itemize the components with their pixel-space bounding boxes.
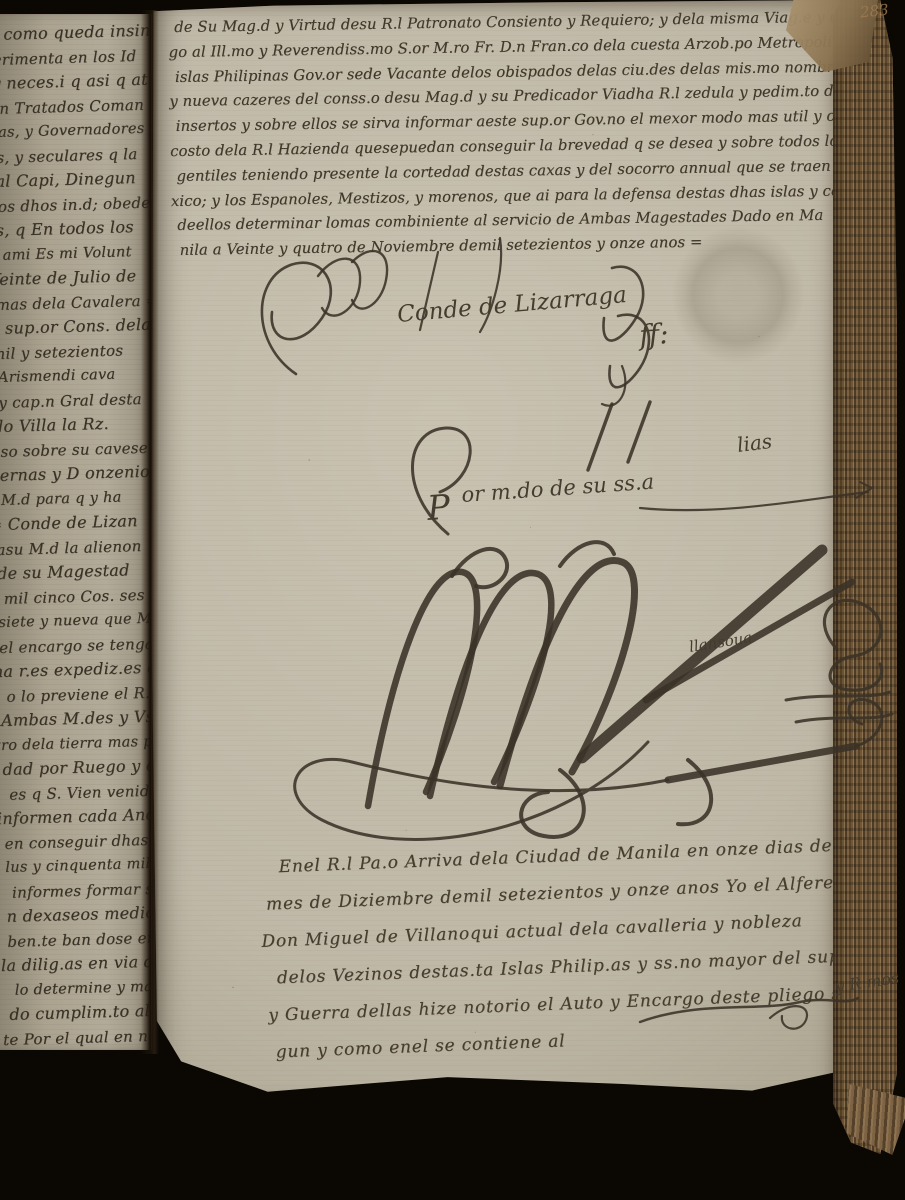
manuscript-photo: u, como queda insinua perimenta en los I… bbox=[0, 0, 905, 1200]
left-page-line: dad por Ruego y encarg bbox=[2, 752, 152, 783]
main-page: de Su Mag.d y Virtud desu R.l Patronato … bbox=[150, 0, 905, 1200]
left-page-line: xal Capi, Dinegun bbox=[0, 164, 152, 195]
left-page-line: na r.es expediz.es enesta bbox=[0, 654, 152, 685]
decree-text-block: de Su Mag.d y Virtud desu R.l Patronato … bbox=[174, 6, 842, 264]
left-page-line: = Conde de Lizan bbox=[0, 507, 152, 538]
page-surface: de Su Mag.d y Virtud desu R.l Patronato … bbox=[150, 0, 842, 1122]
left-page-line: Veinte de Julio de bbox=[0, 262, 152, 293]
left-page-partial: u, como queda insinua perimenta en los I… bbox=[0, 14, 152, 1050]
page-gutter-shadow bbox=[141, 10, 159, 1054]
left-page-line: lus y cinquenta mil para bbox=[5, 850, 152, 881]
left-page-line: lernas y D onzenio bbox=[0, 458, 152, 489]
left-page-line: cias, y Governadores y bbox=[0, 115, 152, 146]
left-page-line: y sup.or Cons. delas ind.s bbox=[0, 311, 152, 342]
left-page-line: n dexaseos medios que bbox=[6, 899, 152, 930]
book-fore-edge bbox=[833, 0, 897, 1154]
left-page-line: Ambas M.des y Vs bbox=[1, 703, 152, 734]
notarial-paragraph: Enel R.l Pa.o Arriva dela Ciudad de Mani… bbox=[258, 828, 852, 1072]
folio-number: 283 bbox=[859, 1, 889, 22]
left-page-line: informen cada Ano por bbox=[0, 801, 152, 832]
left-page-line: do cumplim.to alo dispu.to bbox=[9, 997, 152, 1028]
left-page-line: siete y nueva que M bbox=[0, 605, 152, 636]
left-page-line: de su Magestad bbox=[0, 556, 152, 587]
left-page-text: u, como queda insinua perimenta en los I… bbox=[0, 17, 152, 1050]
